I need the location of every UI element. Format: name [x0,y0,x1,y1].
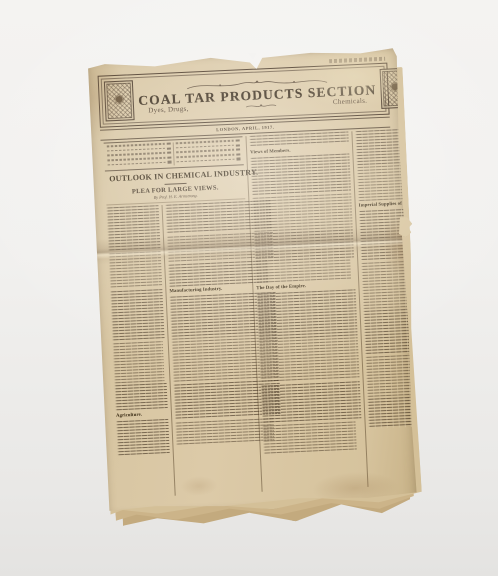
body-text-block [357,162,471,201]
body-text-block [107,206,161,252]
section-heading-supplies: Imperial Supplies of Drugs. [359,200,418,208]
body-text-block [261,381,362,423]
lead-article-columns: Agriculture. Manufacturing Industry. [104,201,262,498]
body-text-block [254,229,355,261]
lead-headline: OUTLOOK IN CHEMICAL INDUSTRY. [109,169,240,183]
lead-byline: By Prof. H. E. Armstrong. [143,193,209,200]
body-text-block [362,258,481,309]
body-text-block [255,260,350,284]
masthead-leaf-ornament-icon [244,103,278,110]
right-stamp-ornament-icon [380,68,411,109]
newspaper: COAL TAR PRODUCTS SECTION Dyes, Drugs, C… [86,47,418,513]
index-row [177,158,241,163]
column-4: Imperial Supplies of Drugs. [352,126,492,487]
front-page: COAL TAR PRODUCTS SECTION Dyes, Drugs, C… [86,47,418,513]
body-text-block [364,306,483,355]
section-heading-manufacturing: Manufacturing Industry. [169,287,222,294]
section-heading-agriculture: Agriculture. [116,413,142,419]
index-column [105,142,174,168]
section-heading-empire: The Day of the Empire. [256,284,306,291]
masthead-subtitle-right: Chemicals. [333,98,368,107]
index-row [108,161,172,166]
body-text-block [113,342,165,384]
body-text-block [250,153,351,195]
body-text-block [109,252,163,290]
body-text-block [252,193,353,231]
left-stamp-ornament-icon [104,80,135,121]
photo-background: COAL TAR PRODUCTS SECTION Dyes, Drugs, C… [0,0,498,576]
body-text-block [110,289,164,341]
body-text-block [263,421,357,455]
masthead-inner-border: COAL TAR PRODUCTS SECTION Dyes, Drugs, C… [100,65,387,125]
body-text-block [116,419,170,455]
section-heading-wrap: Agriculture. [116,411,168,419]
issue-note-text [329,57,385,63]
dateline: LONDON, APRIL, 1917. [216,125,274,132]
column-3: Views of Members. The Day of the Empire. [246,131,368,491]
body-text-block [259,337,360,383]
body-text-block [257,289,358,339]
index-column [173,139,243,165]
body-text-block [356,126,475,165]
printed-area: COAL TAR PRODUCTS SECTION Dyes, Drugs, C… [97,56,406,499]
body-text-block [115,383,168,411]
section-heading-views: Views of Members. [250,148,300,155]
masthead-subtitle-left: Dyes, Drugs, [148,106,189,115]
contents-index [104,136,244,171]
body-text-block [368,394,472,429]
body-text-block [359,206,478,261]
lead-article-header: OUTLOOK IN CHEMICAL INDUSTRY. PLEA FOR L… [105,167,245,206]
left-half: OUTLOOK IN CHEMICAL INDUSTRY. PLEA FOR L… [101,136,262,498]
headline-dash-ornament [164,183,186,185]
page-body: OUTLOOK IN CHEMICAL INDUSTRY. PLEA FOR L… [101,130,407,499]
right-half: Views of Members. The Day of the Empire. [245,130,407,492]
body-text-block [366,352,485,397]
masthead-center: COAL TAR PRODUCTS SECTION Dyes, Drugs, C… [135,67,379,123]
top-edge-notch [248,53,257,60]
